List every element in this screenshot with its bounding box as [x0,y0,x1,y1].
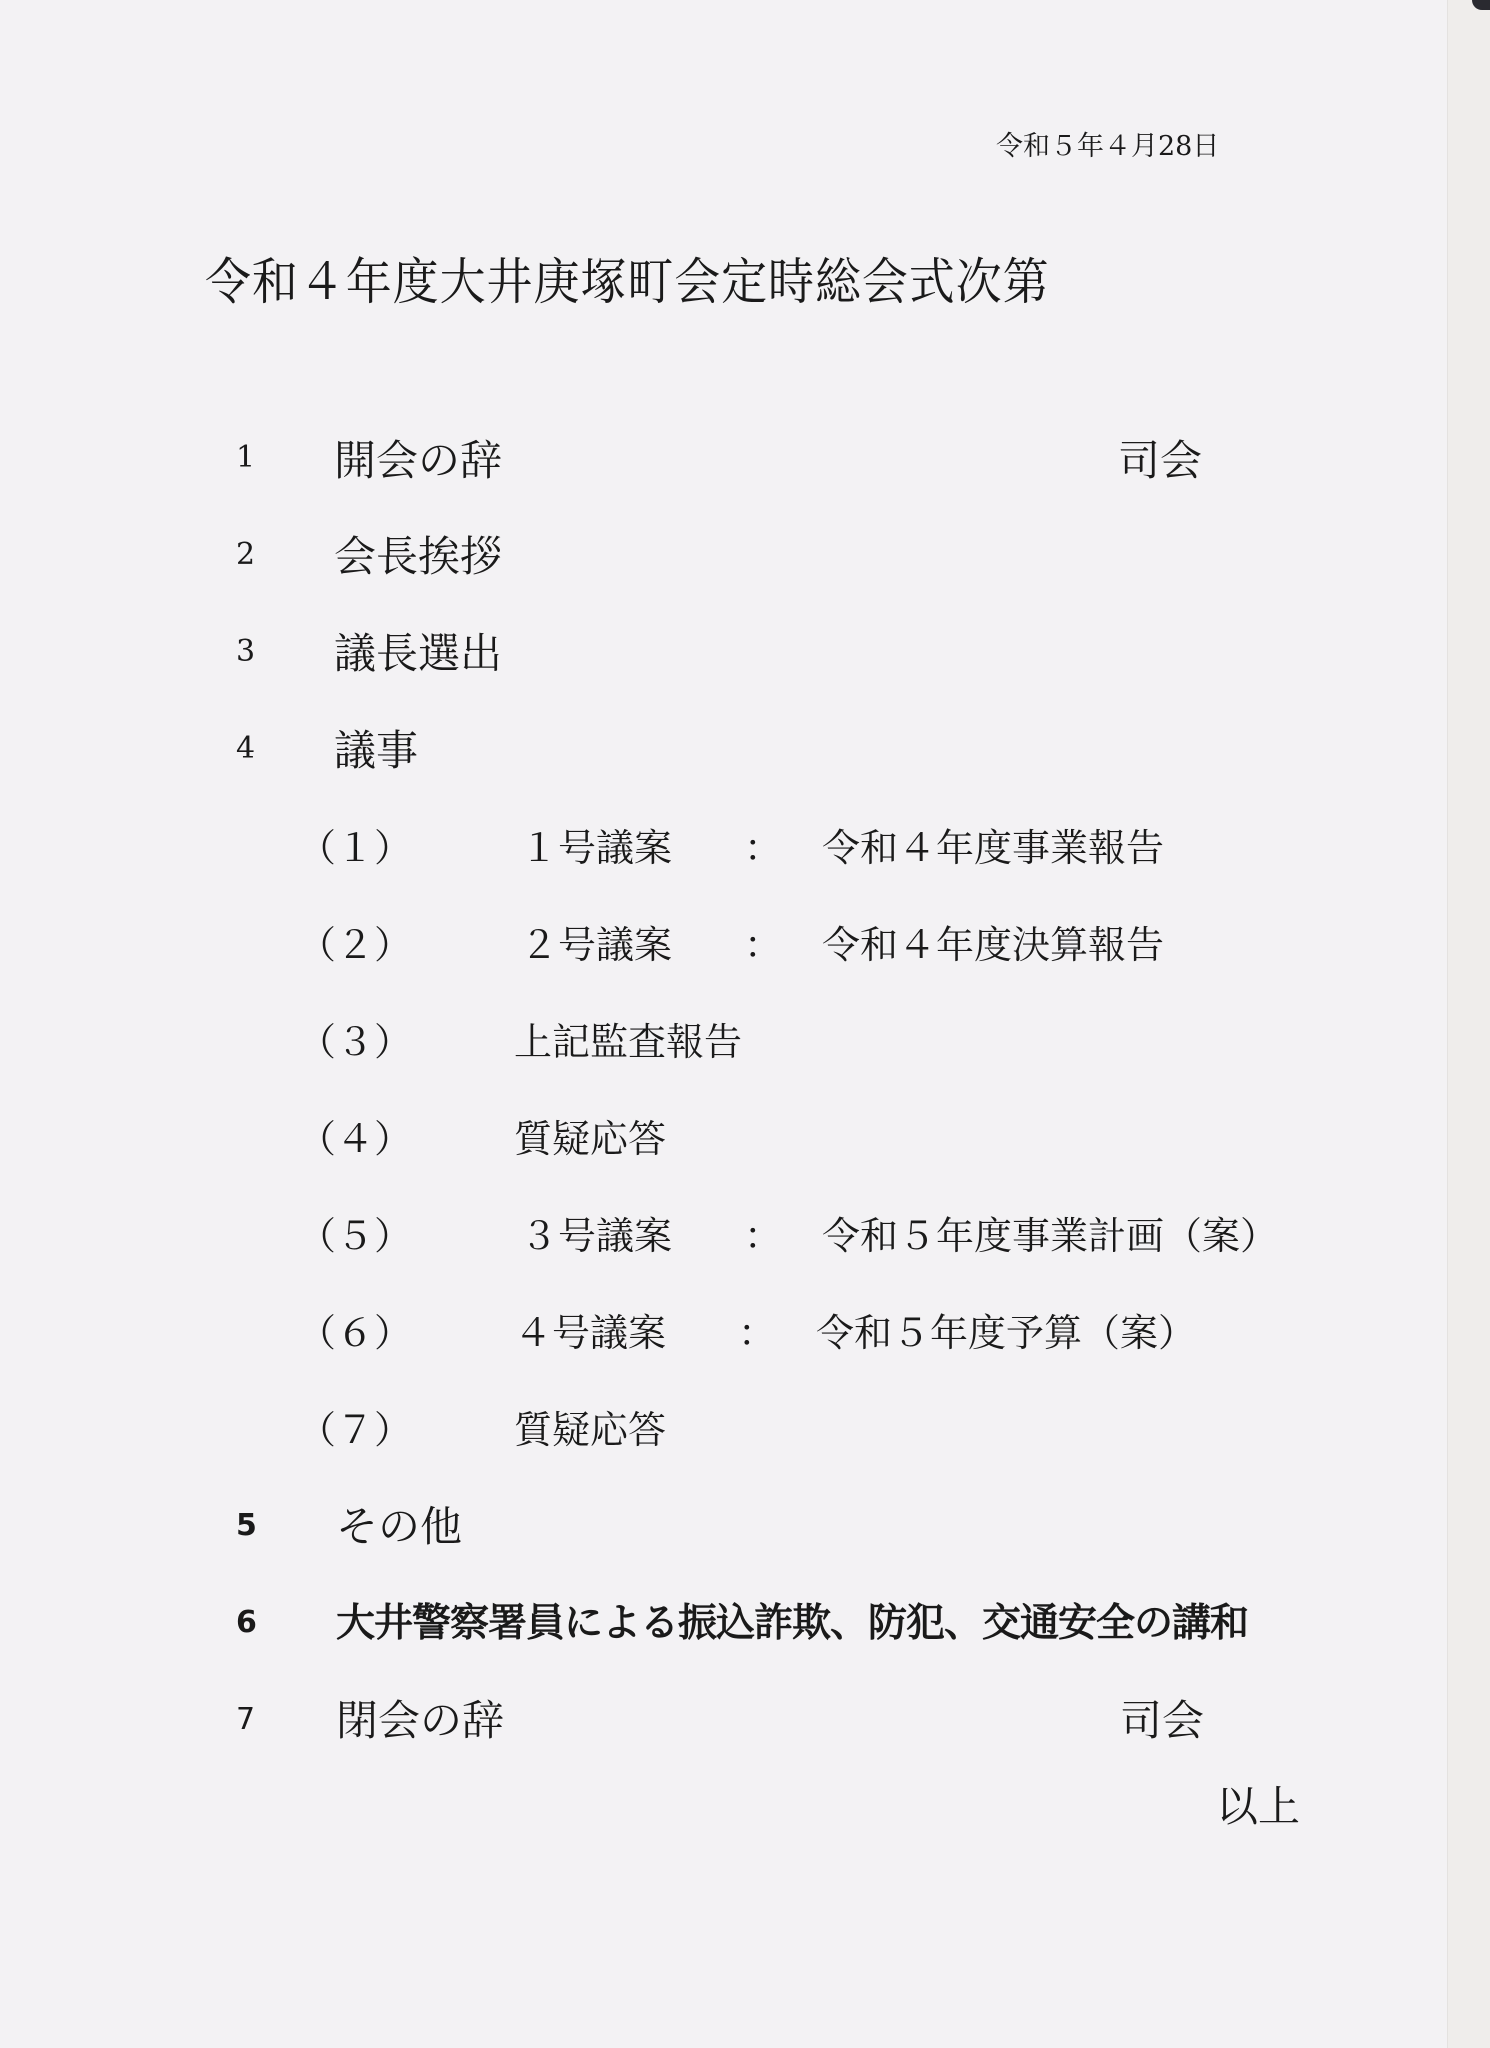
item-number: 1 [236,440,255,475]
subitem-bill: 質疑応答 [514,1399,666,1454]
item-number: 6 [236,1605,257,1640]
subitem-separator: ： [744,817,782,872]
item-label: 閉会の辞 [336,1688,504,1748]
item-number: 7 [236,1702,255,1737]
item-number: 4 [236,731,255,766]
subitem-number: （１） [298,817,412,872]
item-role: 司会 [1118,428,1202,488]
subitem-number: （５） [298,1205,412,1260]
subitem-separator: ： [744,914,782,969]
subitem-subject: 令和４年度決算報告 [822,914,1164,969]
subitem-number: （６） [298,1302,412,1357]
item-role: 司会 [1120,1688,1204,1748]
subitem-subject: 令和４年度事業報告 [822,817,1164,872]
subitem-separator: ： [744,1205,782,1260]
item-number: 2 [236,537,255,572]
item-number: 5 [236,1508,257,1543]
item-label: 開会の辞 [334,428,502,488]
subitem-number: （７） [298,1399,412,1454]
item-label: 会長挨拶 [334,524,502,584]
subitem-number: （２） [298,914,412,969]
subitem-bill: １号議案 [520,817,672,872]
item-label: 大井警察署員による振込詐欺、防犯、交通安全の講和 [336,1592,1248,1648]
subitem-subject: 令和５年度事業計画（案） [822,1205,1278,1260]
page-edge-shadow [1447,0,1490,2048]
subitem-bill: ３号議案 [520,1205,672,1260]
document-date: 令和５年４月28日 [996,124,1219,163]
item-label: 議長選出 [334,621,502,681]
subitem-number: （４） [298,1108,412,1163]
subitem-bill: 上記監査報告 [514,1011,742,1066]
subitem-separator: ： [738,1302,776,1357]
subitem-bill: ４号議案 [514,1302,666,1357]
document-title: 令和４年度大井庚塚町会定時総会式次第 [205,242,1050,314]
closing-mark: 以上 [1216,1774,1300,1834]
subitem-subject: 令和５年度予算（案） [816,1302,1196,1357]
item-label: その他 [336,1494,462,1554]
subitem-number: （３） [298,1011,412,1066]
item-number: 3 [236,634,255,669]
subitem-bill: ２号議案 [520,914,672,969]
item-label: 議事 [334,718,418,778]
subitem-bill: 質疑応答 [514,1108,666,1163]
